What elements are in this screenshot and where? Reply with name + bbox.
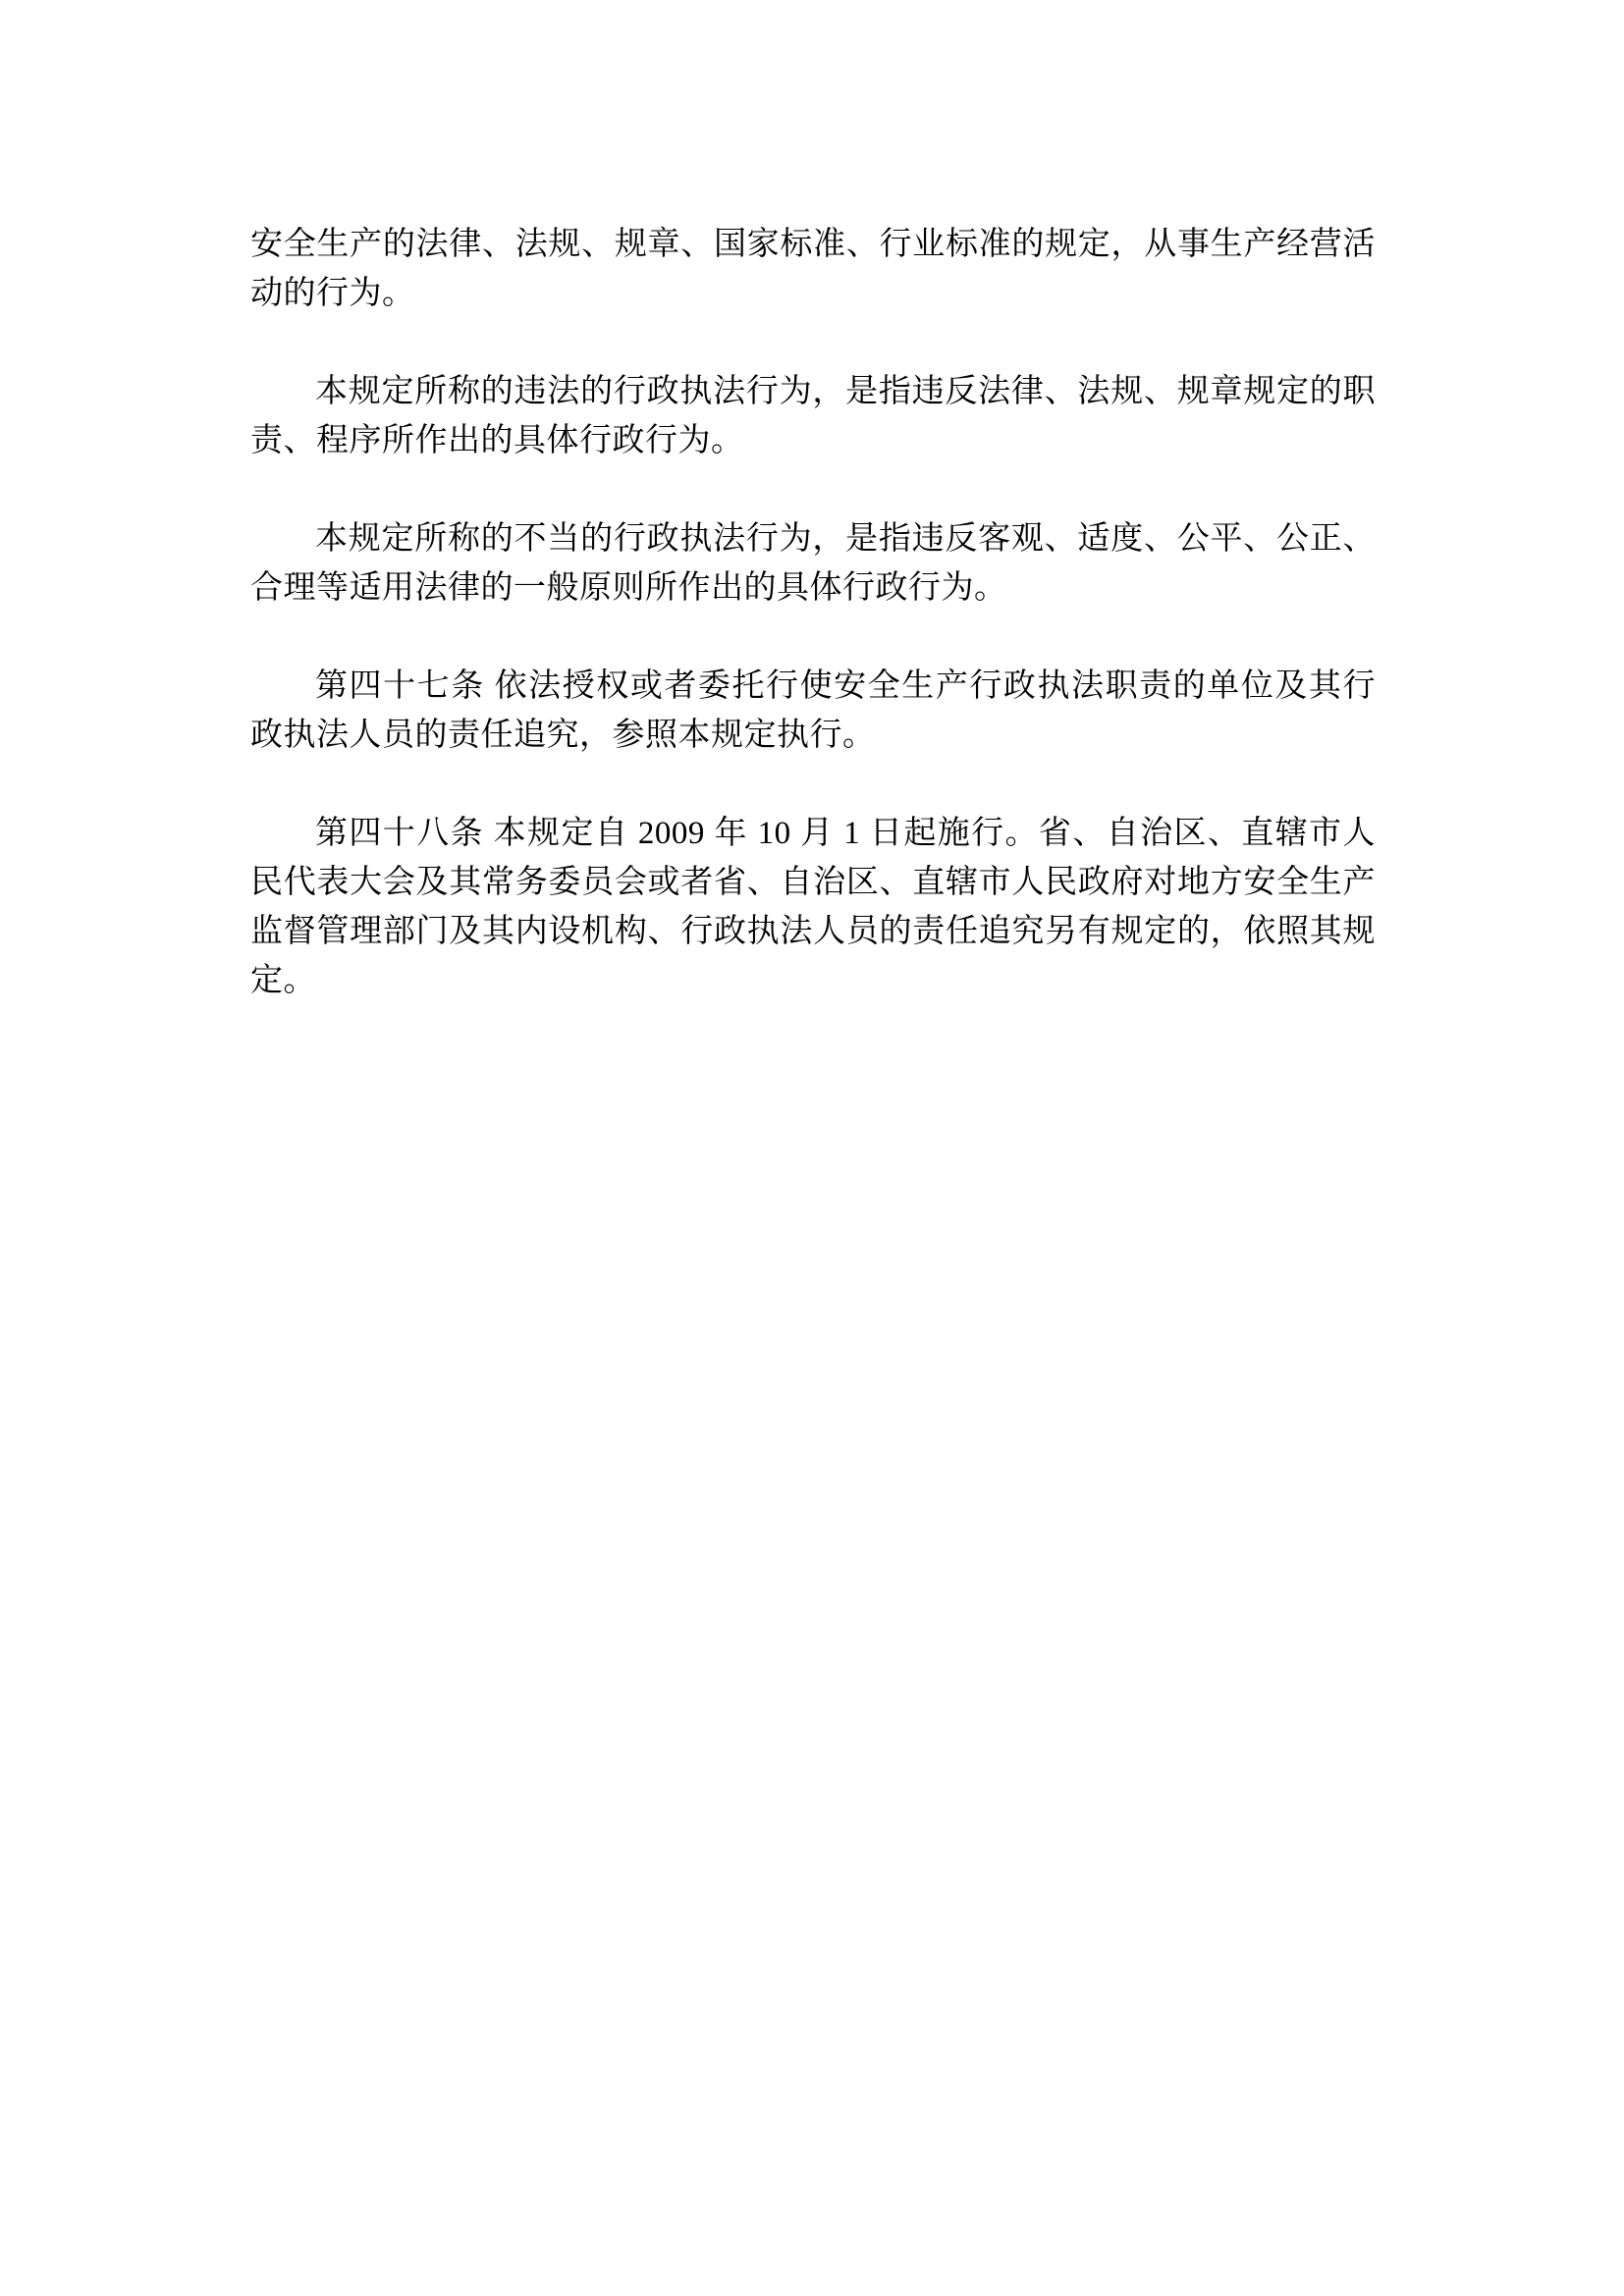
paragraph-3: 本规定所称的不当的行政执法行为，是指违反客观、适度、公平、公正、合理等适用法律的… <box>250 514 1376 613</box>
document-text-block: 安全生产的法律、法规、规章、国家标准、行业标准的规定，从事生产经营活动的行为。 … <box>250 220 1376 1005</box>
paragraph-5-article-48: 第四十八条 本规定自 2009 年 10 月 1 日起施行。省、自治区、直辖市人… <box>250 809 1376 1005</box>
paragraph-4-article-47: 第四十七条 依法授权或者委托行使安全生产行政执法职责的单位及其行政执法人员的责任… <box>250 662 1376 760</box>
paragraph-1: 安全生产的法律、法规、规章、国家标准、行业标准的规定，从事生产经营活动的行为。 <box>250 220 1376 318</box>
document-page: 安全生产的法律、法规、规章、国家标准、行业标准的规定，从事生产经营活动的行为。 … <box>0 0 1624 2296</box>
paragraph-2: 本规定所称的违法的行政执法行为，是指违反法律、法规、规章规定的职责、程序所作出的… <box>250 367 1376 465</box>
